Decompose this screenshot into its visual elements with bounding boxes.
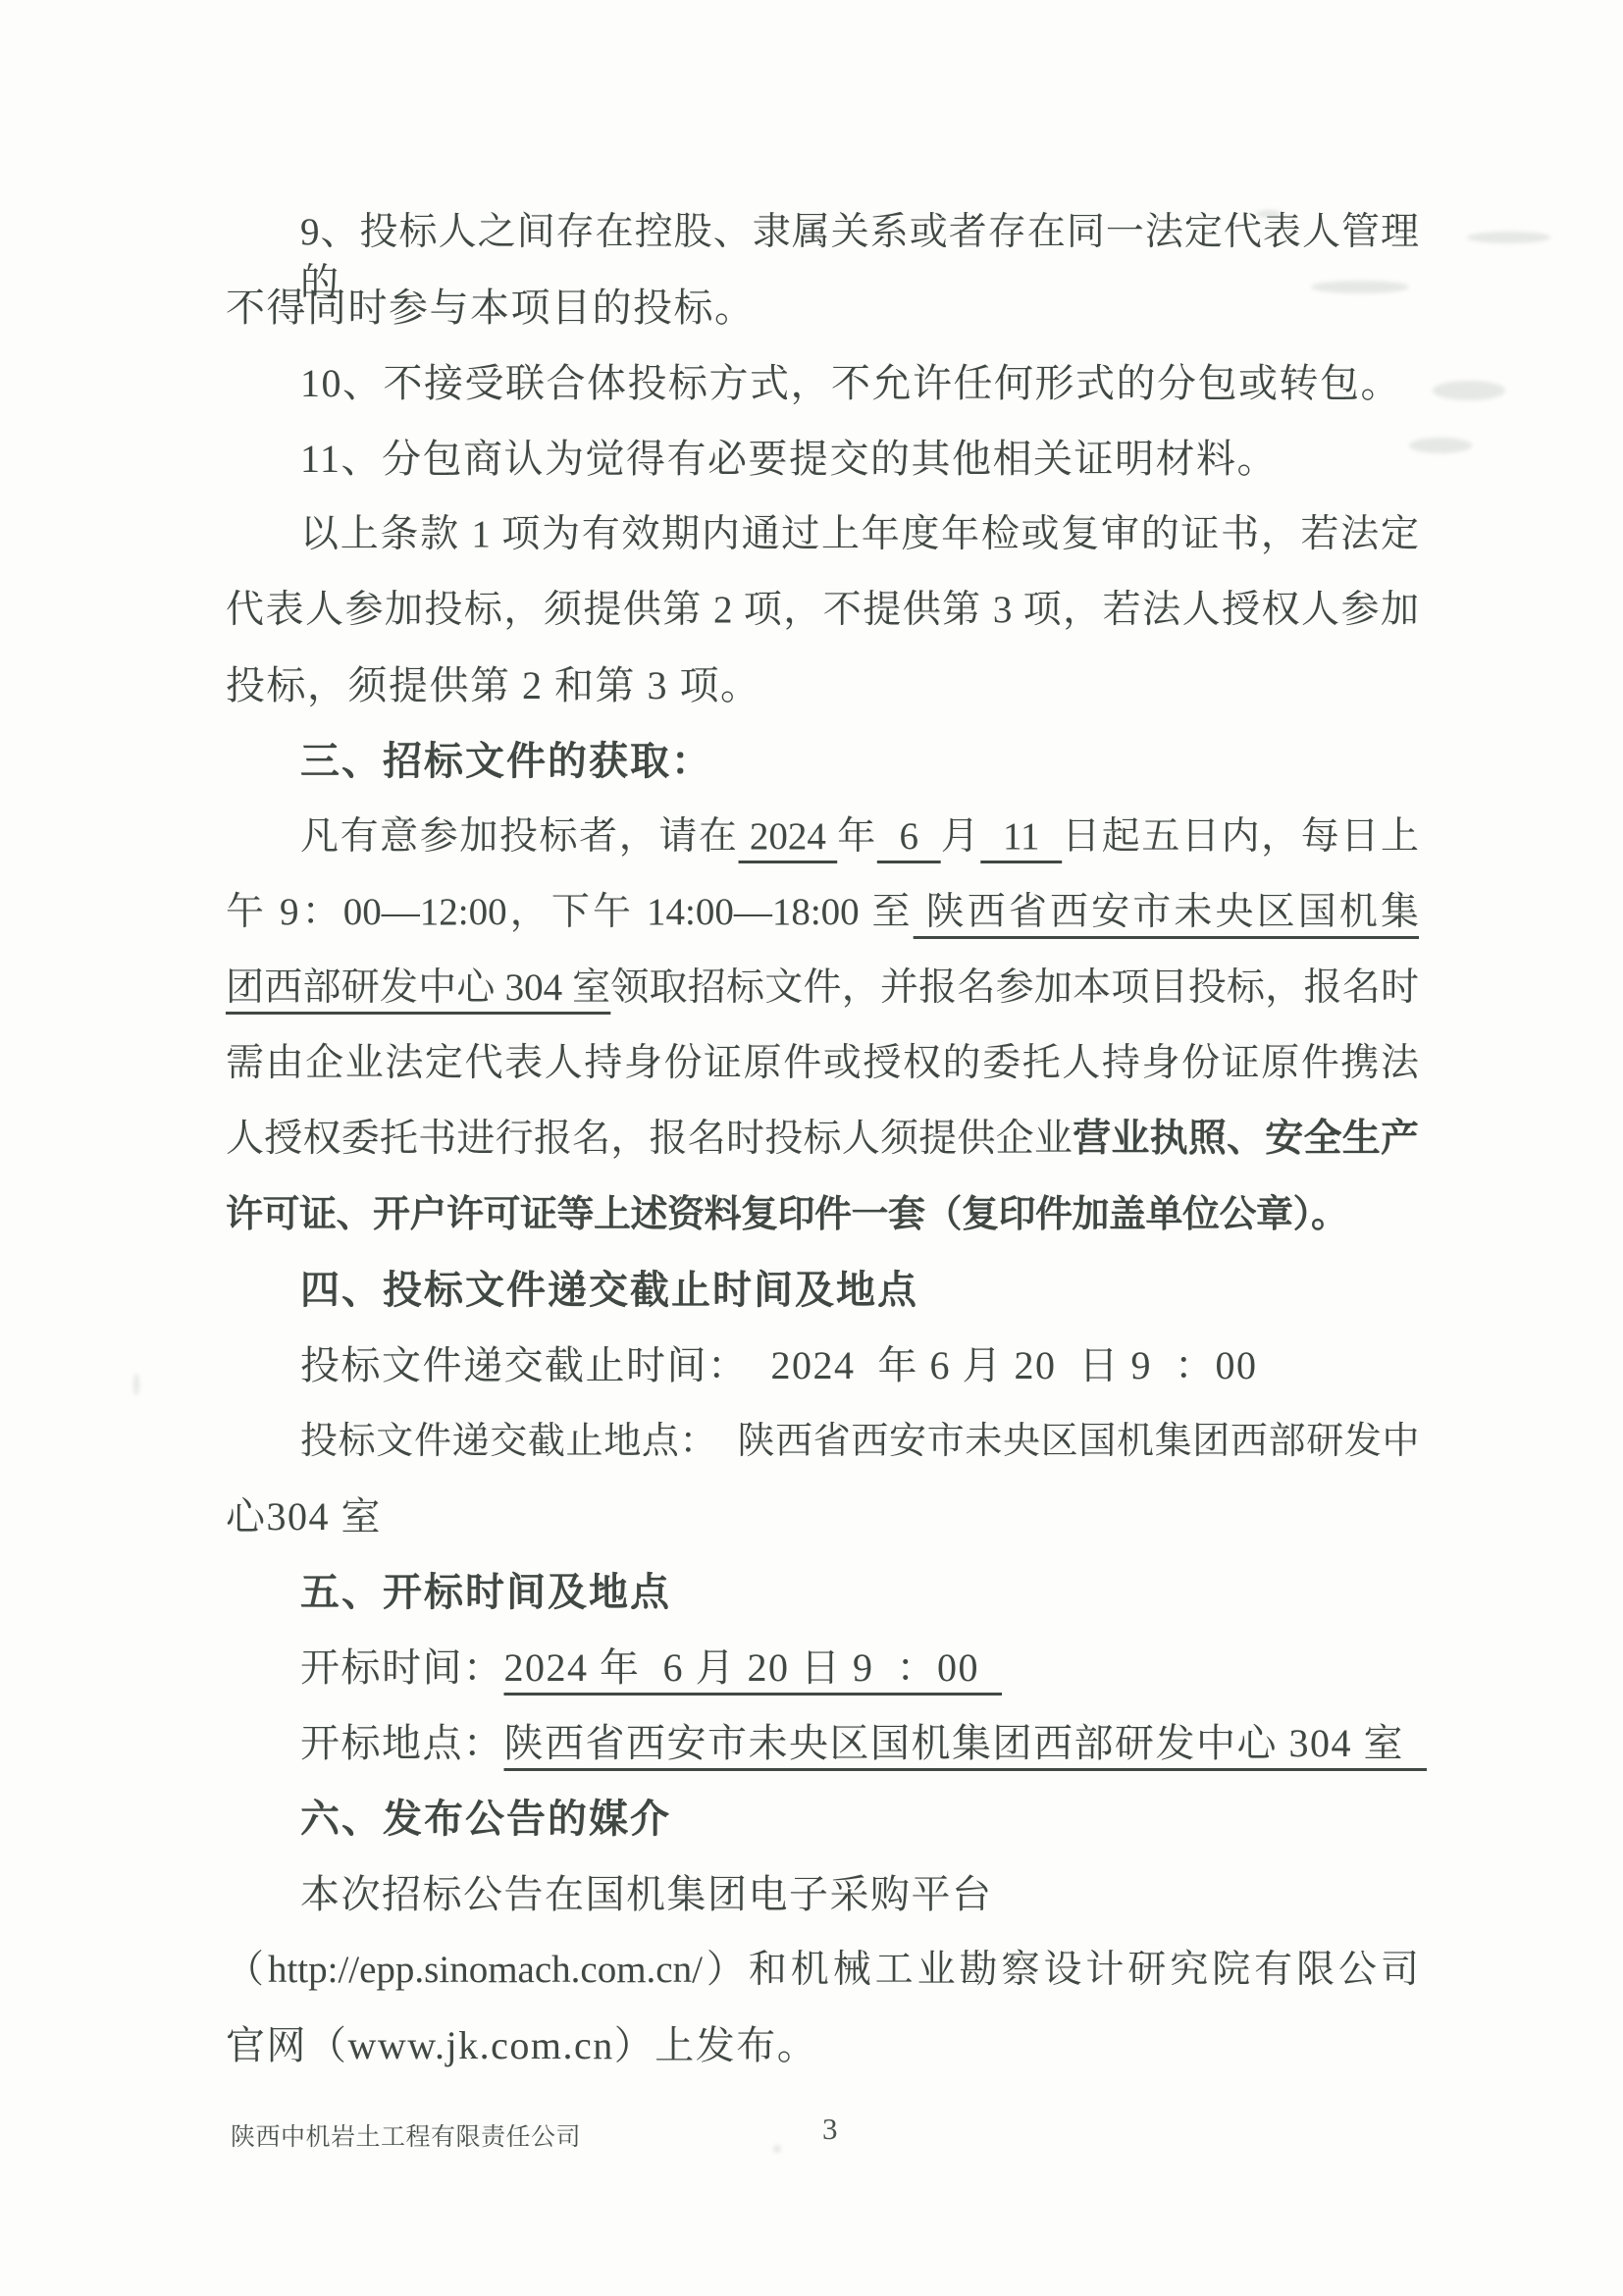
bold-text: 六、发布公告的媒介 [300,1797,671,1841]
text-segment: 10、不接受联合体投标方式，不允许任何形式的分包或转包。 [300,361,1401,405]
underlined-text: 陕西省西安市未央区国机集 [914,891,1419,933]
bold-text: 三、招标文件的获取： [300,739,712,783]
text-line: 午 9：00—12:00，下午 14:00—18:00 至 陕西省西安市未央区国… [226,887,1419,938]
scan-artifact [871,1425,879,1433]
document-body: 9、投标人之间存在控股、隶属关系或者存在同一法定代表人管理的不得同时参与本项目的… [0,0,1623,2296]
text-line: 投标文件递交截止时间： 2024 年 6 月 20 日 9 ：00 [300,1340,1258,1391]
text-line: 开标时间：2024 年 6 月 20 日 9 ：00 [300,1643,1002,1694]
footer-company: 陕西中机岩土工程有限责任公司 [231,2117,581,2153]
scan-artifact [133,1374,139,1395]
text-line: 凡有意参加投标者，请在 2024 年 6 月 11 日起五日内，每日上 [300,811,1419,862]
text-line: 开标地点：陕西省西安市未央区国机集团西部研发中心 304 室 [300,1718,1427,1769]
underlined-text: 2024 [739,815,838,858]
text-line: 不得同时参与本项目的投标。 [226,283,756,334]
text-line: 代表人参加投标，须提供第 2 项，不提供第 3 项，若法人授权人参加 [226,585,1419,636]
scan-artifact [1256,210,1282,218]
text-line: 许可证、开户许可证等上述资料复印件一套（复印件加盖单位公章）。 [226,1189,1348,1240]
text-line: 以上条款 1 项为有效期内通过上年度年检或复审的证书，若法定 [300,509,1419,560]
text-segment: 年 [837,815,877,858]
bold-text: 五、开标时间及地点 [300,1570,671,1614]
text-segment: 以上条款 1 项为有效期内通过上年度年检或复审的证书，若法定 [300,513,1419,555]
scan-artifact [1409,438,1472,453]
text-line: 官网（www.jk.com.cn）上发布。 [226,2020,817,2071]
underlined-text: 2024 年 6 月 20 日 9 ：00 [504,1645,1003,1690]
scan-artifact [773,2145,781,2153]
text-segment: 凡有意参加投标者，请在 [300,815,739,858]
text-segment: 开标时间： [300,1645,504,1690]
underlined-text: 团西部研发中心 304 室 [226,966,610,1009]
underlined-text: 11 [980,815,1062,858]
text-segment: 开标地点： [300,1721,504,1765]
scan-artifact [1433,381,1505,400]
bold-text: 营业执照、安全生产 [1073,1118,1419,1160]
text-line: 团西部研发中心 304 室领取招标文件，并报名参加本项目投标，报名时 [226,963,1419,1014]
text-line: （http://epp.sinomach.com.cn/）和机械工业勘察设计研究… [226,1945,1419,1996]
text-segment: 领取招标文件，并报名参加本项目投标，报名时 [610,966,1419,1009]
text-line: 10、不接受联合体投标方式，不允许任何形式的分包或转包。 [300,358,1401,409]
text-line: 本次招标公告在国机集团电子采购平台 [300,1869,993,1920]
bold-text: 许可证、开户许可证等上述资料复印件一套（复印件加盖单位公章）。 [226,1194,1348,1235]
text-segment: 投标文件递交截止时间： 2024 年 6 月 20 日 9 ：00 [300,1343,1258,1387]
text-segment: （http://epp.sinomach.com.cn/）和机械工业勘察设计研究… [226,1949,1419,1991]
text-line: 心304 室 [226,1491,382,1542]
text-segment: 日起五日内，每日上 [1062,815,1419,858]
text-segment: 代表人参加投标，须提供第 2 项，不提供第 3 项，若法人授权人参加 [226,589,1419,631]
section-heading: 四、投标文件递交截止时间及地点 [300,1265,918,1316]
underlined-text: 陕西省西安市未央区国机集团西部研发中心 304 室 [504,1721,1428,1765]
bold-text: 四、投标文件递交截止时间及地点 [300,1268,918,1312]
text-segment: 11、分包商认为觉得有必要提交的其他相关证明材料。 [300,437,1278,481]
scan-artifact [1311,281,1409,293]
text-segment: 官网（www.jk.com.cn）上发布。 [226,2023,817,2067]
section-heading: 六、发布公告的媒介 [300,1794,671,1845]
text-line: 人授权委托书进行报名，报名时投标人须提供企业营业执照、安全生产 [226,1114,1419,1165]
scan-artifact [1467,232,1550,243]
text-segment: 本次招标公告在国机集团电子采购平台 [300,1872,993,1916]
text-segment: 需由企业法定代表人持身份证原件或授权的委托人持身份证原件携法 [226,1042,1419,1084]
text-segment: 月 [941,815,981,858]
text-segment: 心304 室 [226,1494,382,1539]
page-number: 3 [822,2112,838,2147]
text-line: 11、分包商认为觉得有必要提交的其他相关证明材料。 [300,434,1278,485]
text-line: 需由企业法定代表人持身份证原件或授权的委托人持身份证原件携法 [226,1038,1419,1089]
text-segment: 投标文件递交截止地点： 陕西省西安市未央区国机集团西部研发中 [300,1421,1419,1462]
text-line: 投标，须提供第 2 和第 3 项。 [226,660,761,711]
text-line: 投标文件递交截止地点： 陕西省西安市未央区国机集团西部研发中 [300,1416,1419,1467]
text-segment: 投标，须提供第 2 和第 3 项。 [226,663,761,707]
underlined-text: 6 [877,815,941,858]
text-segment: 不得同时参与本项目的投标。 [226,286,756,330]
text-segment: 人授权委托书进行报名，报名时投标人须提供企业 [226,1118,1073,1160]
section-heading: 三、招标文件的获取： [300,736,712,787]
section-heading: 五、开标时间及地点 [300,1567,671,1618]
document-page: 9、投标人之间存在控股、隶属关系或者存在同一法定代表人管理的不得同时参与本项目的… [0,0,1623,2296]
text-segment: 午 9：00—12:00，下午 14:00—18:00 至 [226,891,914,933]
